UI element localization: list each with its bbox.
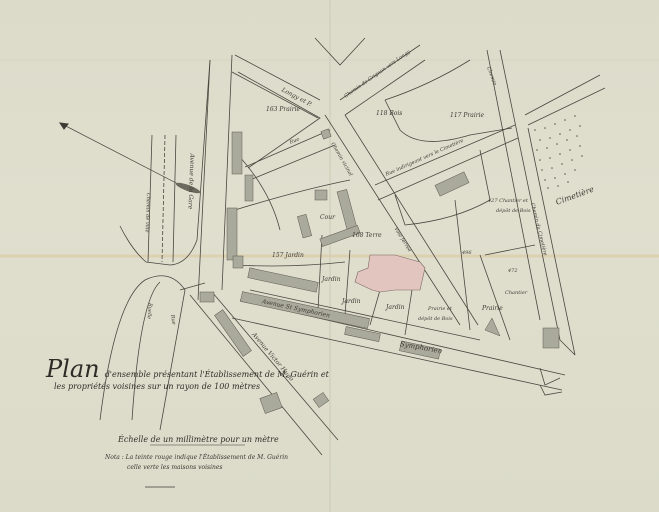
cadastral-map: Longy et P. Chemin de Grignon vers Longy… bbox=[0, 0, 659, 512]
map-drawing bbox=[0, 0, 659, 512]
parcel-label-117: 117 Prairie bbox=[450, 112, 484, 119]
parcel-label-427b: dépôt de Bois bbox=[496, 208, 531, 214]
parcel-label-jardin-1: Jardin bbox=[322, 276, 340, 283]
parcel-label-118: 118 Bois bbox=[376, 110, 402, 117]
parcel-label-427: 427 Chantier et bbox=[488, 198, 528, 204]
parcel-label-prairie-depot-b: dépôt de Bois bbox=[418, 316, 453, 322]
parcel-label-cour: Cour bbox=[320, 214, 335, 221]
title-line-1: d'ensemble présentant l'Établissement de… bbox=[105, 370, 329, 379]
parcel-label-jardin-2: Jardin bbox=[342, 298, 360, 305]
parcel-label-prairie-2: Prairie bbox=[482, 305, 503, 312]
parcel-label-496: 496 bbox=[462, 250, 472, 256]
cemetery-dots bbox=[534, 115, 583, 189]
note-line-1: Nota : La teinte rouge indique l'Établis… bbox=[105, 454, 288, 461]
map-note: Nota : La teinte rouge indique l'Établis… bbox=[105, 453, 288, 473]
guerin-establishment bbox=[355, 255, 425, 292]
parcel-label-prairie-depot: Prairie et bbox=[428, 306, 452, 312]
parcel-label-472: 472 bbox=[508, 268, 518, 274]
scale-label: Échelle de un millimètre pour un mètre bbox=[118, 435, 279, 444]
parcel-label-168: 168 Terre bbox=[352, 232, 382, 239]
note-line-2: celle verte les maisons voisines bbox=[127, 463, 288, 473]
title-line-2: les propriétés voisines sur un rayon de … bbox=[54, 382, 346, 391]
map-title: Plan d'ensemble présentant l'Établisseme… bbox=[46, 358, 346, 391]
north-arrow-icon bbox=[60, 123, 201, 195]
title-initial: Plan bbox=[46, 355, 100, 383]
parcel-label-jardin-3: Jardin bbox=[386, 304, 404, 311]
parcel-label-472b: Chantier bbox=[505, 290, 527, 296]
parcel-label-157: 157 Jardin bbox=[272, 252, 304, 259]
parcel-label-163: 163 Prairie bbox=[266, 106, 300, 113]
